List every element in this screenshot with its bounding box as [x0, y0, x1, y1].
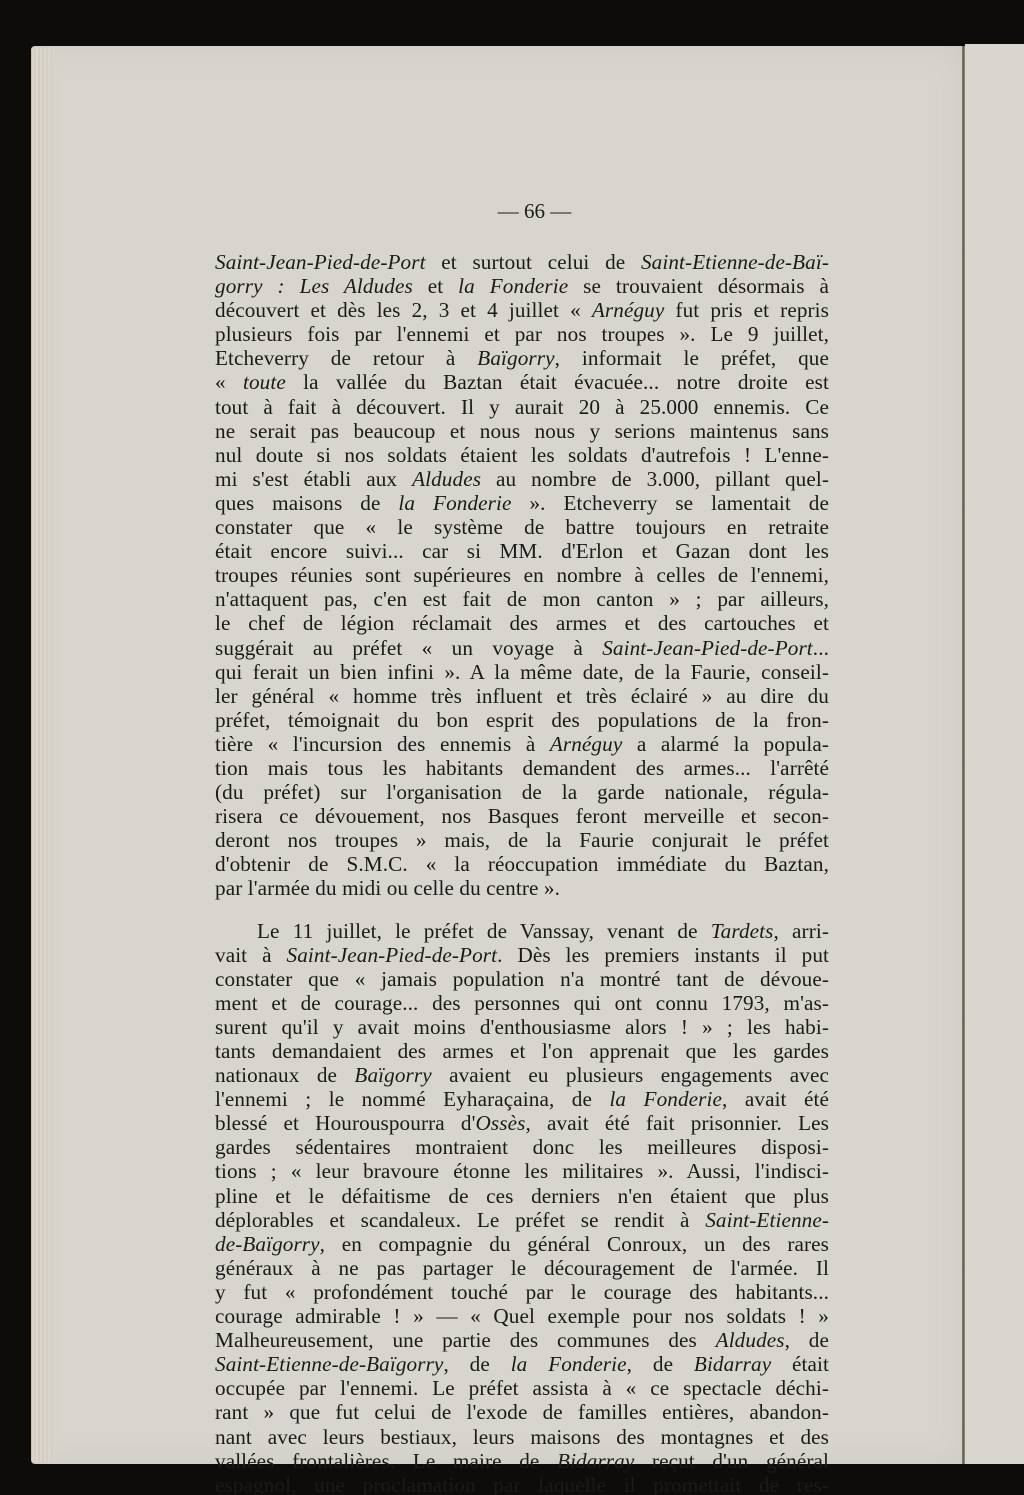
paragraph-2: Le 11 juillet, le préfet de Vanssay, ven… [215, 919, 829, 1495]
text-line: surent qu'il y avait moins d'enthousiasm… [215, 1015, 829, 1039]
text-line: rant » que fut celui de l'exode de famil… [215, 1400, 829, 1424]
text-line: suggérait au préfet « un voyage à Saint-… [215, 636, 829, 660]
text-line: généraux à ne pas partager le découragem… [215, 1256, 829, 1280]
text-line: Saint-Etienne-de-Baïgorry, de la Fonderi… [215, 1352, 829, 1376]
text-line: découvert et dès les 2, 3 et 4 juillet «… [215, 298, 829, 322]
text-line: espagnol, une proclamation par laquelle … [215, 1473, 829, 1495]
text-line: Saint-Jean-Pied-de-Port et surtout celui… [215, 250, 829, 274]
text-line: gardes sédentaires montraient donc les m… [215, 1135, 829, 1159]
text-line: Le 11 juillet, le préfet de Vanssay, ven… [215, 919, 829, 943]
text-line: nul doute si nos soldats étaient les sol… [215, 443, 829, 467]
text-line: ques maisons de la Fonderie ». Etcheverr… [215, 491, 829, 515]
text-line: Etcheverry de retour à Baïgorry, informa… [215, 346, 829, 370]
text-line: qui ferait un bien infini ». A la même d… [215, 660, 829, 684]
book-page-right-edge [965, 44, 1024, 1464]
paragraph-1: Saint-Jean-Pied-de-Port et surtout celui… [215, 250, 829, 901]
text-line: tions ; « leur bravoure étonne les milit… [215, 1159, 829, 1183]
text-line: d'obtenir de S.M.C. « la réoccupation im… [215, 852, 829, 876]
text-line: tout à fait à découvert. Il y aurait 20 … [215, 395, 829, 419]
text-line: y fut « profondément touché par le coura… [215, 1280, 829, 1304]
text-line: gorry : Les Aldudes et la Fonderie se tr… [215, 274, 829, 298]
page-number: — 66 — [0, 199, 1024, 224]
text-line: nationaux de Baïgorry avaient eu plusieu… [215, 1063, 829, 1087]
text-line: occupée par l'ennemi. Le préfet assista … [215, 1376, 829, 1400]
text-line: deront nos troupes » mais, de la Faurie … [215, 828, 829, 852]
text-line: déplorables et scandaleux. Le préfet se … [215, 1208, 829, 1232]
page-stack-edges [31, 48, 55, 1462]
text-line: (du préfet) sur l'organisation de la gar… [215, 780, 829, 804]
text-line: le chef de légion réclamait des armes et… [215, 611, 829, 635]
text-line: constater que « le système de battre tou… [215, 515, 829, 539]
text-line: ler général « homme très influent et trè… [215, 684, 829, 708]
text-line: Malheureusement, une partie des communes… [215, 1328, 829, 1352]
text-line: pline et le défaitisme de ces derniers n… [215, 1184, 829, 1208]
text-line: était encore suivi... car si MM. d'Erlon… [215, 539, 829, 563]
text-line: n'attaquent pas, c'en est fait de mon ca… [215, 587, 829, 611]
text-line: l'ennemi ; le nommé Eyharaçaina, de la F… [215, 1087, 829, 1111]
text-line: tion mais tous les habitants demandent d… [215, 756, 829, 780]
text-line: de-Baïgorry, en compagnie du général Con… [215, 1232, 829, 1256]
text-line: tière « l'incursion des ennemis à Arnégu… [215, 732, 829, 756]
text-line: préfet, témoignait du bon esprit des pop… [215, 708, 829, 732]
text-line: risera ce dévouement, nos Basques feront… [215, 804, 829, 828]
text-line: constater que « jamais population n'a mo… [215, 967, 829, 991]
body-text: Saint-Jean-Pied-de-Port et surtout celui… [215, 250, 829, 1495]
text-line: mi s'est établi aux Aldudes au nombre de… [215, 467, 829, 491]
text-line: blessé et Hourouspourra d'Ossès, avait é… [215, 1111, 829, 1135]
text-line: nant avec leurs bestiaux, leurs maisons … [215, 1425, 829, 1449]
text-line: vait à Saint-Jean-Pied-de-Port. Dès les … [215, 943, 829, 967]
text-line: « toute la vallée du Baztan était évacué… [215, 370, 829, 394]
text-line: vallées frontalières. Le maire de Bidarr… [215, 1449, 829, 1473]
text-line: tants demandaient des armes et l'on appr… [215, 1039, 829, 1063]
text-line: ne serait pas beaucoup et nous nous y se… [215, 419, 829, 443]
text-line: troupes réunies sont supérieures en nomb… [215, 563, 829, 587]
text-line: courage admirable ! » — « Quel exemple p… [215, 1304, 829, 1328]
text-line: par l'armée du midi ou celle du centre »… [215, 876, 829, 900]
text-line: ment et de courage... des personnes qui … [215, 991, 829, 1015]
text-line: plusieurs fois par l'ennemi et par nos t… [215, 322, 829, 346]
